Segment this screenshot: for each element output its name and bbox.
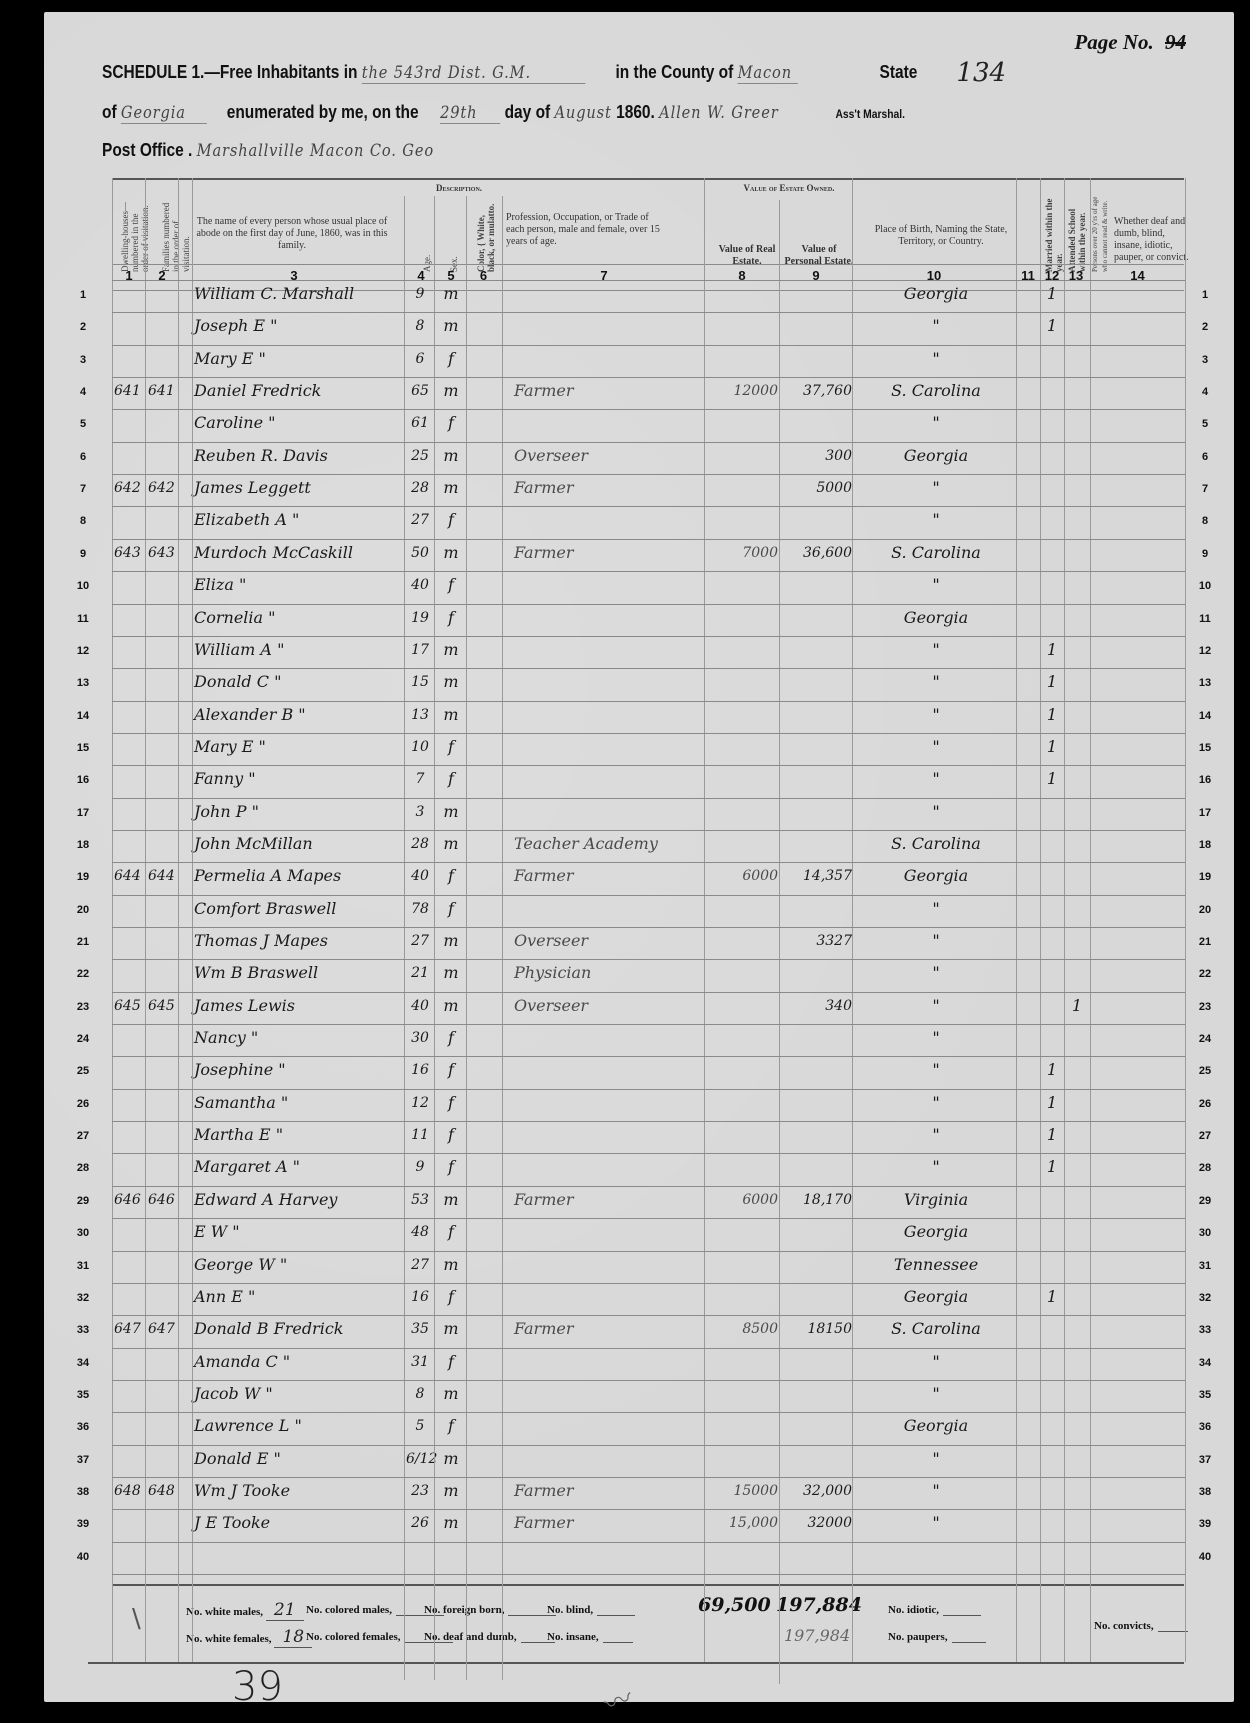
cell-age: 61 — [406, 407, 434, 439]
line-number-left: 32 — [68, 1292, 98, 1304]
cell-sex: m — [436, 537, 466, 569]
district-value: the 543rd Dist. G.M. — [362, 63, 586, 84]
cell-birthplace: " — [856, 343, 1016, 375]
cell-birthplace: " — [856, 472, 1016, 504]
enumerated-label: enumerated by me, on the — [227, 102, 419, 122]
marshal-name: Allen W. Greer — [659, 103, 797, 123]
cell-name: Fanny " — [194, 763, 408, 795]
cell-sex: m — [436, 472, 466, 504]
total-persons-annotation: 39 — [232, 1664, 283, 1710]
post-office-label: Post Office . — [102, 140, 192, 160]
cell-school: 1 — [1040, 1281, 1064, 1313]
col-3-header: The name of every person whose usual pla… — [192, 216, 392, 252]
cell-personal: 3327 — [780, 925, 852, 957]
line-number-right: 4 — [1190, 386, 1220, 398]
cell-birthplace: " — [856, 1346, 1016, 1378]
cell-personal: 37,760 — [780, 375, 852, 407]
cell-sex: m — [436, 990, 466, 1022]
cell-age: 35 — [406, 1313, 434, 1345]
cell-real: 6000 — [706, 1184, 778, 1216]
idiotic-field: No. idiotic, — [888, 1604, 981, 1616]
line-number-left: 18 — [68, 839, 98, 851]
line-number-left: 37 — [68, 1454, 98, 1466]
grid-line — [1040, 178, 1041, 1662]
colored-males-label: No. colored males, — [306, 1604, 392, 1616]
cell-sex: f — [436, 602, 466, 634]
line-number-left: 1 — [68, 289, 98, 301]
line-number-left: 19 — [68, 871, 98, 883]
cell-age: 26 — [406, 1507, 434, 1539]
bottom-scribble: 〰 — [598, 1676, 638, 1723]
foreign-born-label: No. foreign born, — [424, 1604, 504, 1616]
cell-birthplace: " — [856, 1507, 1016, 1539]
col-4-header: Age. — [422, 236, 432, 272]
line-number-left: 7 — [68, 483, 98, 495]
row-line — [112, 1283, 1185, 1284]
line-number-left: 39 — [68, 1518, 98, 1530]
line-number-left: 28 — [68, 1162, 98, 1174]
cell-birthplace: " — [856, 407, 1016, 439]
cell-school: 1 — [1040, 634, 1064, 666]
cell-sex: f — [436, 1119, 466, 1151]
row-line — [112, 604, 1185, 605]
cell-personal: 340 — [780, 990, 852, 1022]
cell-age: 9 — [406, 1151, 434, 1183]
line-number-left: 30 — [68, 1227, 98, 1239]
line-number-left: 27 — [68, 1130, 98, 1142]
row-line — [112, 1445, 1185, 1446]
line-number-right: 22 — [1190, 968, 1220, 980]
cell-birthplace: Tennessee — [856, 1249, 1016, 1281]
line-number-left: 3 — [68, 354, 98, 366]
cell-school: 1 — [1040, 699, 1064, 731]
cell-family: 642 — [148, 472, 182, 504]
line-number-left: 31 — [68, 1260, 98, 1272]
grid-line — [1016, 178, 1017, 1662]
cell-age: 6 — [406, 343, 434, 375]
cell-age: 9 — [406, 278, 434, 310]
line-number-right: 3 — [1190, 354, 1220, 366]
cell-name: Mary E " — [194, 731, 408, 763]
cell-school: 1 — [1040, 763, 1064, 795]
row-line — [112, 474, 1185, 475]
cell-name: James Lewis — [194, 990, 408, 1022]
cell-dwelling: 646 — [114, 1184, 148, 1216]
cell-sex: m — [436, 828, 466, 860]
cell-age: 16 — [406, 1054, 434, 1086]
line-number-left: 10 — [68, 580, 98, 592]
row-line — [112, 1509, 1185, 1510]
cell-family: 648 — [148, 1475, 182, 1507]
cell-occupation: Farmer — [514, 1475, 704, 1507]
cell-birthplace: " — [856, 1087, 1016, 1119]
grid-line — [404, 196, 405, 1680]
line-number-left: 5 — [68, 418, 98, 430]
line-number-right: 8 — [1190, 515, 1220, 527]
cell-occupation: Farmer — [514, 1313, 704, 1345]
line-number-right: 7 — [1190, 483, 1220, 495]
value-of-estate-group-header: Value of Estate Owned. — [704, 182, 874, 194]
row-line — [112, 1412, 1185, 1413]
blind-label: No. blind, — [547, 1604, 593, 1616]
cell-birthplace: " — [856, 504, 1016, 536]
cell-sex: f — [436, 731, 466, 763]
cell-age: 53 — [406, 1184, 434, 1216]
cell-sex: m — [436, 1313, 466, 1345]
line-number-right: 20 — [1190, 904, 1220, 916]
line-number-left: 9 — [68, 548, 98, 560]
line-number-left: 2 — [68, 321, 98, 333]
line-number-right: 33 — [1190, 1324, 1220, 1336]
cell-sex: m — [436, 1507, 466, 1539]
cell-birthplace: " — [856, 1119, 1016, 1151]
cell-sex: m — [436, 699, 466, 731]
line-number-left: 26 — [68, 1098, 98, 1110]
line-number-right: 6 — [1190, 451, 1220, 463]
row-line — [112, 830, 1185, 831]
paupers-label: No. paupers, — [888, 1631, 948, 1643]
line-number-left: 13 — [68, 677, 98, 689]
line-number-left: 11 — [68, 613, 98, 625]
cell-name: Mary E " — [194, 343, 408, 375]
row-line — [112, 733, 1185, 734]
line-number-right: 14 — [1190, 710, 1220, 722]
cell-name: J E Tooke — [194, 1507, 408, 1539]
blind-field: No. blind, — [547, 1604, 635, 1616]
line-number-right: 38 — [1190, 1486, 1220, 1498]
total-personal-estate: 197,884 — [776, 1594, 862, 1616]
cell-occupation: Overseer — [514, 440, 704, 472]
row-line — [112, 345, 1185, 346]
line-number-right: 36 — [1190, 1421, 1220, 1433]
page-number-new: 134 — [956, 58, 1006, 88]
cell-name: Nancy " — [194, 1022, 408, 1054]
line-number-left: 21 — [68, 936, 98, 948]
cell-real: 12000 — [706, 375, 778, 407]
year-value: 1860. — [616, 102, 655, 122]
line-number-left: 20 — [68, 904, 98, 916]
cell-school: 1 — [1040, 1119, 1064, 1151]
line-number-right: 11 — [1190, 613, 1220, 625]
cell-real: 15000 — [706, 1475, 778, 1507]
cell-name: Martha E " — [194, 1119, 408, 1151]
col-14-header: Whether deaf and dumb, blind, insane, id… — [1114, 216, 1189, 264]
line-number-left: 4 — [68, 386, 98, 398]
state-label: State — [880, 62, 918, 82]
cell-name: Wm B Braswell — [194, 957, 408, 989]
grid-line — [1090, 178, 1091, 1662]
cell-personal: 300 — [780, 440, 852, 472]
colored-females-label: No. colored females, — [306, 1631, 401, 1643]
cell-name: Cornelia " — [194, 602, 408, 634]
row-line — [112, 1121, 1185, 1122]
cell-age: 17 — [406, 634, 434, 666]
cell-birthplace: Georgia — [856, 1281, 1016, 1313]
cell-sex: m — [436, 666, 466, 698]
cell-age: 27 — [406, 504, 434, 536]
cell-personal: 32000 — [780, 1507, 852, 1539]
white-males-label: No. white males, — [186, 1606, 263, 1618]
line-number-right: 9 — [1190, 548, 1220, 560]
cell-birthplace: Georgia — [856, 1216, 1016, 1248]
col-11-header: Married within the year. — [1044, 192, 1064, 272]
cell-name: Margaret A " — [194, 1151, 408, 1183]
row-line — [112, 1380, 1185, 1381]
cell-school: 1 — [1040, 1151, 1064, 1183]
cell-real: 7000 — [706, 537, 778, 569]
cell-family: 641 — [148, 375, 182, 407]
line-number-right: 10 — [1190, 580, 1220, 592]
cell-personal: 18150 — [780, 1313, 852, 1345]
row-line — [112, 1477, 1185, 1478]
cell-birthplace: " — [856, 925, 1016, 957]
cell-sex: f — [436, 1087, 466, 1119]
cell-sex: f — [436, 407, 466, 439]
white-females-field: No. white females, 18 — [186, 1627, 312, 1648]
cell-age: 78 — [406, 893, 434, 925]
cell-age: 50 — [406, 537, 434, 569]
row-line — [112, 1218, 1185, 1219]
line-number-left: 33 — [68, 1324, 98, 1336]
cell-birthplace: Georgia — [856, 602, 1016, 634]
row-line — [112, 377, 1185, 378]
cell-sex: m — [436, 1475, 466, 1507]
cell-family: 647 — [148, 1313, 182, 1345]
cell-age: 8 — [406, 1378, 434, 1410]
line-number-left: 25 — [68, 1065, 98, 1077]
row-line — [112, 506, 1185, 507]
schedule-header-line-2: of Georgia enumerated by me, on the 29th… — [102, 102, 905, 124]
row-line — [112, 1315, 1185, 1316]
cell-sex: m — [436, 1184, 466, 1216]
cell-sex: f — [436, 569, 466, 601]
cell-sex: f — [436, 1022, 466, 1054]
line-number-left: 14 — [68, 710, 98, 722]
cell-real: 15,000 — [706, 1507, 778, 1539]
day-value: 29th — [440, 103, 500, 124]
cell-school: 1 — [1040, 666, 1064, 698]
line-number-right: 29 — [1190, 1195, 1220, 1207]
day-of-label: day of — [505, 102, 551, 122]
cell-school: 1 — [1040, 310, 1064, 342]
line-number-right: 28 — [1190, 1162, 1220, 1174]
col-12-header: Attended School within the year. — [1067, 192, 1087, 272]
row-line — [112, 1542, 1185, 1543]
cell-age: 40 — [406, 860, 434, 892]
cell-name: E W " — [194, 1216, 408, 1248]
cell-birthplace: " — [856, 990, 1016, 1022]
row-line — [112, 1348, 1185, 1349]
cell-occupation: Overseer — [514, 990, 704, 1022]
cell-sex: f — [436, 860, 466, 892]
cell-age: 40 — [406, 569, 434, 601]
row-line — [112, 571, 1185, 572]
row-line — [112, 1186, 1185, 1187]
insane-label: No. insane, — [547, 1631, 599, 1643]
row-line — [112, 1153, 1185, 1154]
grid-line — [434, 196, 435, 1680]
cell-sex: f — [436, 343, 466, 375]
cell-school: 1 — [1040, 278, 1064, 310]
line-number-left: 35 — [68, 1389, 98, 1401]
cell-age: 13 — [406, 699, 434, 731]
month-value: August — [554, 103, 611, 123]
col-6-header: Color, { White, black, or mulatto. — [476, 198, 496, 272]
line-number-right: 18 — [1190, 839, 1220, 851]
cell-age: 25 — [406, 440, 434, 472]
total-real-estate: 69,500 — [698, 1594, 771, 1616]
cell-age: 31 — [406, 1346, 434, 1378]
cell-personal: 5000 — [780, 472, 852, 504]
page-number-label: Page No. — [1074, 30, 1153, 54]
cell-age: 10 — [406, 731, 434, 763]
cell-name: Donald B Fredrick — [194, 1313, 408, 1345]
line-number-left: 8 — [68, 515, 98, 527]
row-line — [112, 1056, 1185, 1057]
cell-name: Murdoch McCaskill — [194, 537, 408, 569]
line-number-right: 30 — [1190, 1227, 1220, 1239]
grid-line — [112, 178, 113, 1662]
cell-sex: m — [436, 796, 466, 828]
cell-sex: m — [436, 1443, 466, 1475]
line-number-left: 36 — [68, 1421, 98, 1433]
cell-age: 28 — [406, 472, 434, 504]
row-line — [112, 1574, 1185, 1575]
cell-sex: f — [436, 1054, 466, 1086]
line-number-right: 17 — [1190, 807, 1220, 819]
cell-age: 11 — [406, 1119, 434, 1151]
foreign-born-field: No. foreign born, — [424, 1604, 556, 1616]
cell-occupation: Farmer — [514, 537, 704, 569]
cell-name: Reuben R. Davis — [194, 440, 408, 472]
cell-birthplace: S. Carolina — [856, 375, 1016, 407]
line-number-right: 39 — [1190, 1518, 1220, 1530]
cell-occupation: Overseer — [514, 925, 704, 957]
paupers-field: No. paupers, — [888, 1631, 986, 1643]
grid-line — [779, 200, 780, 1684]
cell-name: James Leggett — [194, 472, 408, 504]
county-label: in the County of — [615, 62, 733, 82]
convicts-label: No. convicts, — [1094, 1620, 1154, 1632]
cell-sex: f — [436, 1410, 466, 1442]
cell-name: Lawrence L " — [194, 1410, 408, 1442]
cell-sex: m — [436, 375, 466, 407]
cell-illiterate: 1 — [1064, 990, 1090, 1022]
cell-personal: 32,000 — [780, 1475, 852, 1507]
cell-name: Samantha " — [194, 1087, 408, 1119]
cell-personal: 36,600 — [780, 537, 852, 569]
cell-sex: m — [436, 634, 466, 666]
cell-school: 1 — [1040, 1054, 1064, 1086]
grid-line — [192, 178, 193, 1662]
cell-birthplace: " — [856, 1022, 1016, 1054]
cell-birthplace: " — [856, 1475, 1016, 1507]
line-number-right: 24 — [1190, 1033, 1220, 1045]
cell-age: 8 — [406, 310, 434, 342]
line-number-right: 1 — [1190, 289, 1220, 301]
of-label: of — [102, 102, 117, 122]
line-number-left: 15 — [68, 742, 98, 754]
row-line — [112, 798, 1185, 799]
state-value: Georgia — [121, 103, 207, 124]
cell-birthplace: Georgia — [856, 1410, 1016, 1442]
line-number-left: 12 — [68, 645, 98, 657]
cell-sex: f — [436, 1151, 466, 1183]
row-line — [112, 862, 1185, 863]
grid-line — [145, 178, 146, 1662]
cell-sex: f — [436, 1216, 466, 1248]
cell-sex: f — [436, 504, 466, 536]
cell-sex: m — [436, 1249, 466, 1281]
cell-name: Jacob W " — [194, 1378, 408, 1410]
cell-birthplace: S. Carolina — [856, 828, 1016, 860]
cell-sex: m — [436, 440, 466, 472]
grid-line — [502, 196, 503, 1680]
cell-real: 6000 — [706, 860, 778, 892]
county-value: Macon — [738, 63, 798, 84]
cell-name: Joseph E " — [194, 310, 408, 342]
cell-name: John P " — [194, 796, 408, 828]
cell-dwelling: 641 — [114, 375, 148, 407]
cell-family: 643 — [148, 537, 182, 569]
convicts-field: No. convicts, — [1094, 1620, 1188, 1632]
schedule-header-line-1: SCHEDULE 1.—Free Inhabitants in the 543r… — [102, 62, 917, 84]
col-5-header: Sex. — [449, 236, 459, 272]
cell-occupation: Farmer — [514, 1184, 704, 1216]
line-number-right: 25 — [1190, 1065, 1220, 1077]
deaf-dumb-field: No. deaf and dumb, — [424, 1631, 555, 1643]
summary-tick-mark: \ — [132, 1604, 141, 1634]
schedule-label: SCHEDULE 1.—Free Inhabitants in — [102, 62, 357, 82]
cell-birthplace: " — [856, 893, 1016, 925]
description-group-header: Description. — [404, 182, 514, 194]
cell-sex: f — [436, 763, 466, 795]
grid-line — [704, 178, 705, 1662]
cell-sex: f — [436, 1346, 466, 1378]
line-number-left: 24 — [68, 1033, 98, 1045]
cell-age: 7 — [406, 763, 434, 795]
grid-line — [852, 178, 853, 1662]
cell-birthplace: " — [856, 634, 1016, 666]
cell-occupation: Physician — [514, 957, 704, 989]
line-number-right: 19 — [1190, 871, 1220, 883]
cell-sex: m — [436, 957, 466, 989]
cell-name: Thomas J Mapes — [194, 925, 408, 957]
grid-line — [1185, 178, 1186, 1662]
cell-name: Daniel Fredrick — [194, 375, 408, 407]
page-number: Page No. 94 134 — [1074, 30, 1186, 55]
cell-birthplace: " — [856, 763, 1016, 795]
cell-personal: 18,170 — [780, 1184, 852, 1216]
line-number-right: 23 — [1190, 1001, 1220, 1013]
line-number-left: 23 — [68, 1001, 98, 1013]
row-line — [112, 668, 1185, 669]
idiotic-label: No. idiotic, — [888, 1604, 939, 1616]
row-line — [112, 409, 1185, 410]
cell-age: 23 — [406, 1475, 434, 1507]
cell-name: Eliza " — [194, 569, 408, 601]
cell-dwelling: 644 — [114, 860, 148, 892]
col-7-header: Profession, Occupation, or Trade of each… — [506, 212, 666, 248]
white-females-label: No. white females, — [186, 1633, 272, 1645]
row-line — [112, 1251, 1185, 1252]
post-office-value: Marshallville Macon Co. Geo — [197, 141, 434, 161]
line-number-right: 12 — [1190, 645, 1220, 657]
col-2-header: Families numbered in the order of visita… — [161, 194, 191, 272]
census-page: Page No. 94 134 SCHEDULE 1.—Free Inhabit… — [44, 12, 1234, 1702]
row-line — [112, 280, 1185, 281]
cell-occupation: Teacher Academy — [514, 828, 704, 860]
